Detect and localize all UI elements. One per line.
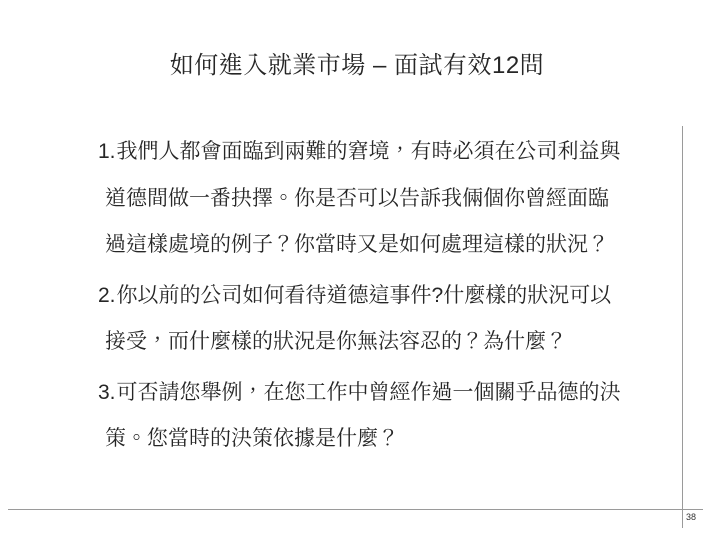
question-text: 我們人都會面臨到兩難的窘境，有時必須在公司利益與 (117, 140, 621, 163)
item-number: 2. (98, 273, 116, 320)
right-divider (682, 126, 683, 528)
question-item-2: 2.你以前的公司如何看待道德這事件?什麼樣的狀況可以 接受，而什麼樣的狀況是你無… (0, 273, 660, 366)
slide-title: 如何進入就業市場 – 面試有效12問 (0, 52, 714, 79)
question-line: 過這樣處境的例子？你當時又是如何處理這樣的狀況？ (105, 222, 660, 269)
question-item-1: 1.我們人都會面臨到兩難的窘境，有時必須在公司利益與 道德間做一番抉擇。你是否可… (0, 129, 660, 269)
question-text: 你以前的公司如何看待道德這事件?什麼樣的狀況可以 (117, 284, 612, 307)
question-line: 1.我們人都會面臨到兩難的窘境，有時必須在公司利益與 (105, 129, 660, 176)
question-line: 道德間做一番抉擇。你是否可以告訴我倆個你曾經面臨 (105, 176, 660, 223)
presentation-slide: 如何進入就業市場 – 面試有效12問 1.我們人都會面臨到兩難的窘境，有時必須在… (0, 0, 720, 540)
page-number: 38 (686, 512, 696, 523)
question-line: 3.可否請您舉例，在您工作中曾經作過一個關乎品德的決 (105, 370, 660, 417)
question-line: 接受，而什麼樣的狀況是你無法容忍的？為什麼？ (105, 319, 660, 366)
question-text: 可否請您舉例，在您工作中曾經作過一個關乎品德的決 (117, 381, 621, 404)
slide-body: 1.我們人都會面臨到兩難的窘境，有時必須在公司利益與 道德間做一番抉擇。你是否可… (0, 129, 660, 467)
question-line: 策。您當時的決策依據是什麼？ (105, 416, 660, 463)
question-item-3: 3.可否請您舉例，在您工作中曾經作過一個關乎品德的決 策。您當時的決策依據是什麼… (0, 370, 660, 463)
footer-divider (8, 509, 703, 510)
question-line: 2.你以前的公司如何看待道德這事件?什麼樣的狀況可以 (105, 273, 660, 320)
item-number: 1. (98, 129, 116, 176)
item-number: 3. (98, 370, 116, 417)
